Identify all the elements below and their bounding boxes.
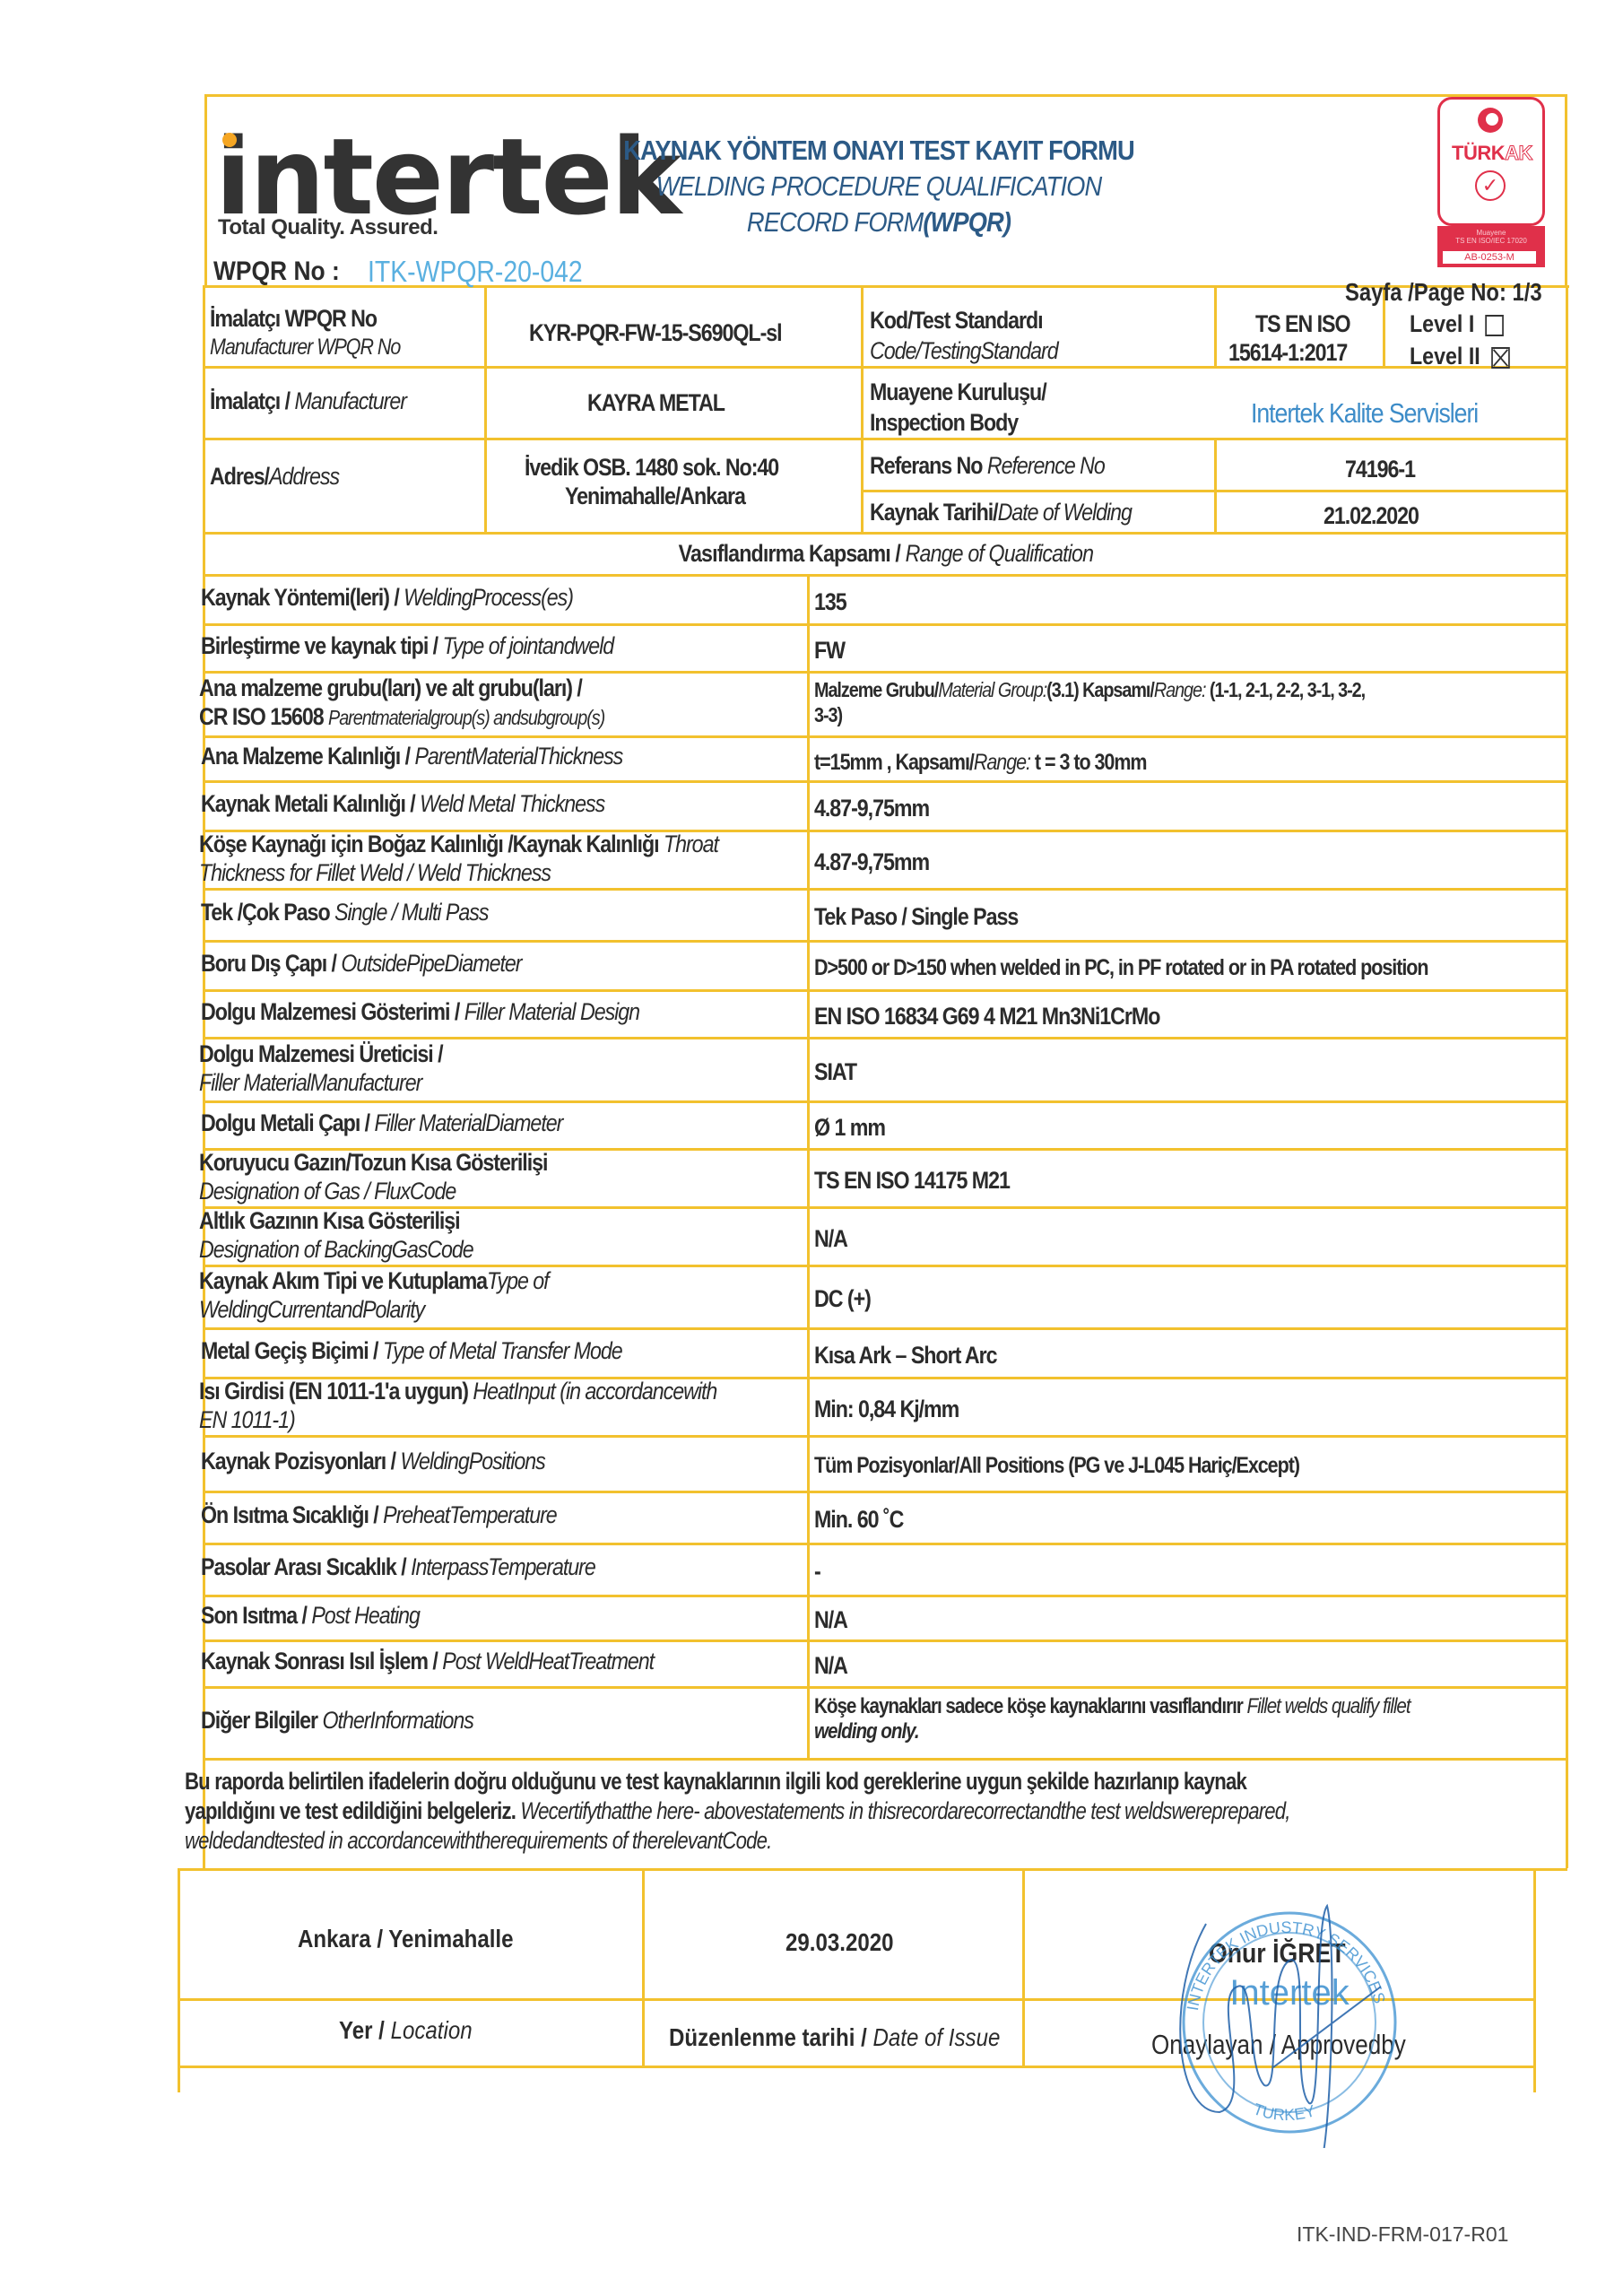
- divider: [204, 1758, 1567, 1761]
- range-label-en: Parentmaterialgroup(s) andsubgroup(s): [328, 706, 604, 729]
- range-label-en: Weld Metal Thickness: [420, 790, 604, 817]
- level-2-option[interactable]: Level II: [1410, 343, 1509, 370]
- inspection-body-label-1: Muayene Kuruluşu/: [870, 378, 1046, 405]
- divider: [204, 735, 1567, 738]
- range-label-en-2: Designation of BackingGasCode: [199, 1236, 473, 1263]
- code-standard-value-1: TS EN ISO: [1255, 310, 1350, 337]
- manufacturer-value: KAYRA METAL: [587, 389, 725, 416]
- form-title-en-1: WELDING PROCEDURE QUALIFICATION: [611, 170, 1147, 203]
- address-label: Adres/Address: [210, 463, 339, 490]
- certification-line-1: Bu raporda belirtilen ifadelerin doğru o…: [185, 1767, 1567, 1796]
- range-label: Kaynak Yöntemi(leri) / WeldingProcess(es…: [201, 584, 573, 611]
- range-label: Kaynak Metali Kalınlığı / Weld Metal Thi…: [201, 790, 604, 817]
- range-heading-tr: Vasıflandırma Kapsamı /: [679, 540, 906, 567]
- range-label-tr: Kaynak Akım Tipi ve Kutuplama: [199, 1267, 487, 1294]
- level-1-checkbox[interactable]: [1485, 315, 1504, 336]
- manufacturer-wpqr-label: İmalatçı WPQR No: [210, 305, 377, 332]
- divider: [1214, 439, 1217, 532]
- divider: [204, 532, 1567, 535]
- range-value: N/A: [814, 1652, 847, 1679]
- manufacturer-label-tr: İmalatçı /: [210, 387, 294, 414]
- range-value: Ø 1 mm: [814, 1114, 885, 1141]
- welding-date-value: 21.02.2020: [1324, 502, 1419, 529]
- page-number: Sayfa /Page No: 1/3: [1345, 278, 1542, 307]
- range-label: Dolgu Malzemesi Gösterimi / Filler Mater…: [201, 998, 639, 1025]
- range-label: Kaynak Pozisyonları / WeldingPositions: [201, 1448, 545, 1474]
- inspection-body-value: Intertek Kalite Servisleri: [1251, 400, 1478, 427]
- divider: [204, 1100, 1567, 1103]
- range-value: 4.87-9,75mm: [814, 795, 929, 822]
- range-label-tr: Kaynak Metali Kalınlığı /: [201, 790, 420, 817]
- level-1-option[interactable]: Level I: [1410, 310, 1504, 338]
- form-title-tr: KAYNAK YÖNTEM ONAYI TEST KAYIT FORMU: [611, 135, 1147, 167]
- range-value-line2: 3-3): [814, 701, 842, 728]
- divider: [204, 366, 1567, 369]
- range-heading-en: Range of Qualification: [906, 540, 1094, 567]
- divider: [1214, 287, 1217, 368]
- welding-date-label-tr: Kaynak Tarihi/: [870, 499, 998, 526]
- reference-value: 74196-1: [1345, 456, 1415, 483]
- divider: [204, 1435, 1567, 1438]
- level-2-label: Level II: [1410, 343, 1480, 370]
- range-label-tr: Kaynak Sonrası Isıl İşlem /: [201, 1648, 442, 1674]
- stamp-text-bottom: TURKEY: [1251, 2100, 1317, 2124]
- range-value: 135: [814, 588, 846, 615]
- manufacturer-wpqr-label-en: Manufacturer WPQR No: [210, 334, 400, 361]
- address-label-tr: Adres/: [210, 463, 269, 490]
- range-label-en: Type of jointandweld: [443, 632, 614, 659]
- manufacturer-label-en: Manufacturer: [294, 387, 405, 414]
- logo-dot: [222, 133, 237, 147]
- issue-date-label-en: Date of Issue: [872, 2023, 1000, 2051]
- issue-date-value: 29.03.2020: [785, 1928, 894, 1957]
- address-value-2: Yenimahalle/Ankara: [565, 483, 745, 509]
- form-code: ITK-IND-FRM-017-R01: [1297, 2222, 1508, 2247]
- divider: [204, 1686, 1567, 1689]
- range-label-tr: Birleştirme ve kaynak tipi /: [201, 632, 443, 659]
- level-1-label: Level I: [1410, 310, 1474, 337]
- check-circle-icon: ✓: [1475, 170, 1506, 201]
- range-label: Tek /Çok Paso Single / Multi Pass: [201, 899, 488, 926]
- range-label-en: PreheatTemperature: [383, 1501, 557, 1528]
- divider: [204, 940, 1567, 943]
- range-label-en-2: Designation of Gas / FluxCode: [199, 1178, 456, 1205]
- welding-date-label-en: Date of Welding: [998, 499, 1132, 526]
- range-label: Kaynak Sonrası Isıl İşlem / Post WeldHea…: [201, 1648, 654, 1674]
- turkak-code: AB-0253-M: [1443, 251, 1536, 264]
- address-label-en: Address: [269, 463, 339, 490]
- range-label-en: WeldingPositions: [400, 1448, 544, 1474]
- intertek-stamp-signature: INTERTEK INDUSTRY SERVICES Intertek TURK…: [1157, 1888, 1417, 2148]
- range-value: 4.87-9,75mm: [814, 848, 929, 875]
- divider: [807, 574, 810, 1758]
- range-label-en-2: Thickness for Fillet Weld / Weld Thickne…: [199, 859, 551, 886]
- range-value: D>500 or D>150 when welded in PC, in PF …: [814, 954, 1428, 981]
- reference-label-tr: Referans No: [870, 452, 987, 479]
- range-label: Koruyucu Gazın/Tozun Kısa Gösterilişi: [199, 1149, 547, 1176]
- range-label: Diğer Bilgiler OtherInformations: [201, 1707, 473, 1734]
- wpqr-number-value: ITK-WPQR-20-042: [368, 255, 583, 289]
- divider: [204, 438, 1567, 440]
- range-label: Boru Dış Çapı / OutsidePipeDiameter: [201, 950, 521, 977]
- divider: [204, 780, 1567, 783]
- certification-line-3: weldedandtested in accordancewiththerequ…: [185, 1826, 1567, 1856]
- divider: [861, 287, 864, 532]
- range-label-tr: Boru Dış Çapı /: [201, 950, 341, 977]
- range-label-tr: Metal Geçiş Biçimi /: [201, 1337, 383, 1364]
- turkak-scope-2: TS EN ISO/IEC 17020: [1437, 237, 1545, 245]
- turkak-accreditation-badge: TÜRKAK ✓ Muayene TS EN ISO/IEC 17020 AB-…: [1437, 97, 1547, 269]
- range-label-line2: Designation of BackingGasCode: [199, 1236, 473, 1263]
- range-label-line2: Thickness for Fillet Weld / Weld Thickne…: [199, 859, 551, 886]
- divider: [1022, 1868, 1025, 2066]
- range-label-en: HeatInput (in accordancewith: [473, 1378, 716, 1405]
- range-value: -: [814, 1558, 820, 1585]
- divider: [484, 287, 487, 532]
- range-value: DC (+): [814, 1285, 871, 1312]
- divider: [1566, 285, 1568, 1868]
- range-label: Son Isıtma / Post Heating: [201, 1602, 420, 1629]
- range-value: Köşe kaynakları sadece köşe kaynaklarını…: [814, 1693, 1410, 1720]
- range-label-en: Filler MaterialDiameter: [375, 1109, 563, 1136]
- range-value: TS EN ISO 14175 M21: [814, 1167, 1010, 1194]
- address-value-1: İvedik OSB. 1480 sok. No:40: [525, 454, 778, 481]
- range-label: Ön Isıtma Sıcaklığı / PreheatTemperature: [201, 1501, 557, 1528]
- code-standard-value-2: 15614-1:2017: [1228, 339, 1347, 366]
- range-value: Malzeme Grubu/Material Group:(3.1) Kapsa…: [814, 676, 1365, 703]
- range-value: SIAT: [814, 1058, 856, 1085]
- reference-label-en: Reference No: [987, 452, 1105, 479]
- svg-text:TURKEY: TURKEY: [1251, 2100, 1317, 2124]
- location-label: Yer / Location: [339, 2016, 473, 2045]
- range-label-line2: WeldingCurrentandPolarity: [199, 1296, 424, 1323]
- range-label-tr: Kaynak Pozisyonları /: [201, 1448, 400, 1474]
- range-label-en: Single / Multi Pass: [334, 899, 488, 926]
- range-value: Kısa Ark – Short Arc: [814, 1342, 996, 1369]
- divider: [178, 1868, 1567, 1871]
- divider: [204, 1639, 1567, 1642]
- divider: [204, 671, 1567, 674]
- range-label-tr: Ana Malzeme Kalınlığı /: [201, 743, 414, 770]
- range-heading: Vasıflandırma Kapsamı / Range of Qualifi…: [204, 540, 1567, 568]
- range-label: Altlık Gazının Kısa Gösterilişi: [199, 1207, 460, 1234]
- range-value: Min: 0,84 Kj/mm: [814, 1396, 959, 1422]
- level-2-checkbox[interactable]: [1491, 347, 1510, 369]
- range-label: Ana Malzeme Kalınlığı / ParentMaterialTh…: [201, 743, 622, 770]
- range-label: Birleştirme ve kaynak tipi / Type of joi…: [201, 632, 613, 659]
- inspection-body-label-2: Inspection Body: [870, 409, 1018, 436]
- reference-label: Referans No Reference No: [870, 452, 1105, 479]
- divider: [204, 623, 1567, 626]
- form-title-en-2-text: RECORD FORM: [747, 206, 923, 238]
- range-label-tr: Dolgu Malzemesi Üreticisi /: [199, 1040, 443, 1067]
- range-value: FW: [814, 637, 845, 664]
- range-label-tr: Köşe Kaynağı için Boğaz Kalınlığı /Kayna…: [199, 831, 664, 857]
- location-label-tr: Yer /: [339, 2016, 391, 2044]
- range-label-tr: Ana malzeme grubu(ları) ve alt grubu(lar…: [199, 674, 582, 701]
- location-value: Ankara / Yenimahalle: [298, 1925, 513, 1953]
- certification-text: Bu raporda belirtilen ifadelerin doğru o…: [185, 1767, 1567, 1856]
- welding-date-label: Kaynak Tarihi/Date of Welding: [870, 499, 1132, 526]
- divider: [204, 574, 1567, 577]
- range-label-tr: Son Isıtma /: [201, 1602, 311, 1629]
- range-label-en-2: EN 1011-1): [199, 1406, 295, 1433]
- range-label: Isı Girdisi (EN 1011-1'a uygun) HeatInpu…: [199, 1378, 716, 1405]
- issue-date-label-tr: Düzenlenme tarihi /: [669, 2023, 872, 2051]
- range-label: Ana malzeme grubu(ları) ve alt grubu(lar…: [199, 674, 582, 701]
- code-standard-label: Kod/Test Standardı: [870, 307, 1043, 334]
- range-value-line2: welding only.: [814, 1718, 919, 1745]
- range-value: N/A: [814, 1225, 847, 1252]
- range-label-tr: Dolgu Malzemesi Gösterimi /: [201, 998, 464, 1025]
- range-label-en-2: WeldingCurrentandPolarity: [199, 1296, 424, 1323]
- certification-line-2-tr: yapıldığını ve test edildiğini belgeleri…: [185, 1797, 520, 1824]
- range-value: Tüm Pozisyonlar/All Positions (PG ve J-L…: [814, 1452, 1299, 1479]
- crescent-star-icon: [1478, 108, 1503, 133]
- range-label-tr: Koruyucu Gazın/Tozun Kısa Gösterilişi: [199, 1149, 547, 1176]
- range-label-tr-2: CR ISO 15608: [199, 703, 328, 730]
- range-label-en: Type of: [487, 1267, 548, 1294]
- range-label-tr: Dolgu Metali Çapı /: [201, 1109, 375, 1136]
- divider: [178, 1868, 180, 2092]
- range-label: Köşe Kaynağı için Boğaz Kalınlığı /Kayna…: [199, 831, 718, 857]
- divider: [204, 1595, 1567, 1597]
- range-label-tr: Diğer Bilgiler: [201, 1707, 322, 1734]
- turkak-name-2: AK: [1505, 142, 1532, 164]
- divider: [642, 1868, 645, 2066]
- range-label-en: OtherInformations: [322, 1707, 473, 1734]
- range-label-en: ParentMaterialThickness: [414, 743, 622, 770]
- divider: [204, 989, 1567, 992]
- divider: [204, 1491, 1567, 1493]
- range-label-en: Throat: [664, 831, 718, 857]
- range-value: N/A: [814, 1606, 847, 1633]
- range-label-tr: Kaynak Yöntemi(leri) /: [201, 584, 404, 611]
- range-label: Dolgu Metali Çapı / Filler MaterialDiame…: [201, 1109, 562, 1136]
- divider: [204, 1327, 1567, 1330]
- range-label-tr: Altlık Gazının Kısa Gösterilişi: [199, 1207, 460, 1234]
- range-label-en-2: Filler MaterialManufacturer: [199, 1069, 421, 1096]
- range-label-en: Type of Metal Transfer Mode: [383, 1337, 622, 1364]
- range-value: EN ISO 16834 G69 4 M21 Mn3Ni1CrMo: [814, 1003, 1159, 1030]
- range-label-en: Post Heating: [311, 1602, 420, 1629]
- range-label-line2: Designation of Gas / FluxCode: [199, 1178, 456, 1205]
- range-label-line2: EN 1011-1): [199, 1406, 295, 1433]
- issue-date-label: Düzenlenme tarihi / Date of Issue: [669, 2023, 1000, 2052]
- range-label-en: Post WeldHeatTreatment: [442, 1648, 654, 1674]
- range-label-tr: Pasolar Arası Sıcaklık /: [201, 1553, 411, 1580]
- wpqr-number-label: WPQR No :: [213, 257, 340, 287]
- form-title-abbr: (WPQR): [923, 206, 1011, 238]
- range-label-tr: Ön Isıtma Sıcaklığı /: [201, 1501, 383, 1528]
- range-label: Metal Geçiş Biçimi / Type of Metal Trans…: [201, 1337, 622, 1364]
- manufacturer-label: İmalatçı / Manufacturer: [210, 387, 406, 414]
- range-label-en: InterpassTemperature: [411, 1553, 595, 1580]
- range-label: Kaynak Akım Tipi ve KutuplamaType of: [199, 1267, 549, 1294]
- range-value: t=15mm , Kapsamı/Range: t = 3 to 30mm: [814, 749, 1147, 776]
- range-label: Pasolar Arası Sıcaklık / InterpassTemper…: [201, 1553, 595, 1580]
- logo-tagline: Total Quality. Assured.: [218, 215, 438, 240]
- range-value: Min. 60 ˚C: [814, 1506, 903, 1533]
- range-label-tr: Isı Girdisi (EN 1011-1'a uygun): [199, 1378, 473, 1405]
- range-label-en: OutsidePipeDiameter: [341, 950, 521, 977]
- range-label: Dolgu Malzemesi Üreticisi /: [199, 1040, 443, 1067]
- range-label-line2: CR ISO 15608 Parentmaterialgroup(s) ands…: [199, 703, 604, 731]
- certification-line-2-en: Wecertifythatthe here- abovestatements i…: [520, 1797, 1289, 1824]
- divider: [204, 888, 1567, 891]
- location-label-en: Location: [391, 2016, 473, 2044]
- range-label-line2: Filler MaterialManufacturer: [199, 1069, 421, 1096]
- range-label-en: WeldingProcess(es): [404, 584, 573, 611]
- form-title-en-2: RECORD FORM(WPQR): [611, 206, 1147, 239]
- code-standard-label-en: Code/TestingStandard: [870, 337, 1058, 364]
- divider: [1533, 1868, 1536, 2092]
- range-label-tr: Tek /Çok Paso: [201, 899, 334, 926]
- turkak-scope-1: Muayene: [1437, 229, 1545, 237]
- manufacturer-wpqr-value: KYR-PQR-FW-15-S690QL-sl: [529, 319, 782, 346]
- turkak-name-1: TÜRK: [1452, 142, 1505, 164]
- divider: [204, 1543, 1567, 1545]
- range-value: Tek Paso / Single Pass: [814, 903, 1018, 930]
- range-label-en: Filler Material Design: [464, 998, 639, 1025]
